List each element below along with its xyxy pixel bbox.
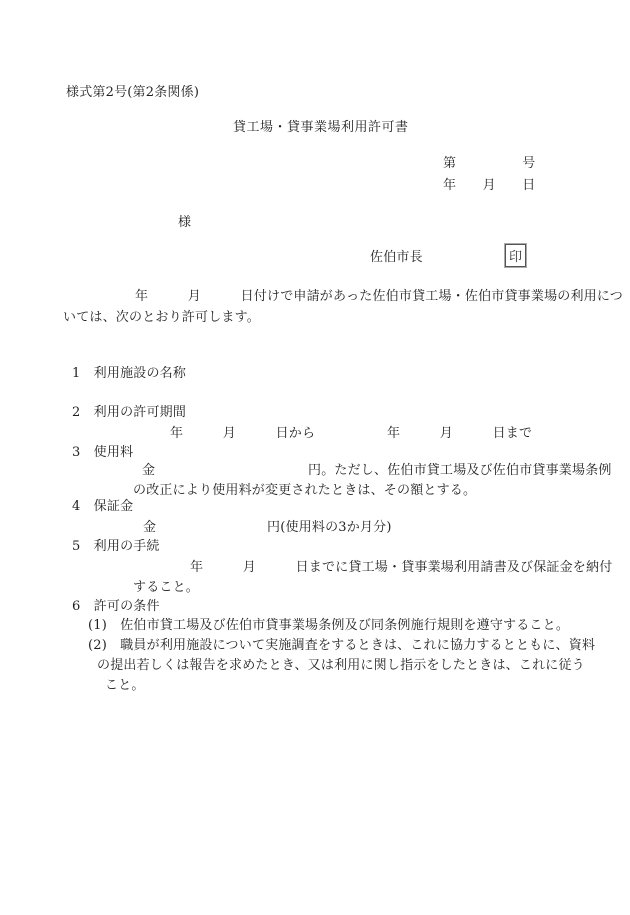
form-number: 様式第2号(第2条関係) xyxy=(66,86,199,101)
item-4-deposit: 4 保証金 xyxy=(72,500,133,515)
period-to-field: 年 月 日まで xyxy=(387,427,532,442)
issuer-name: 佐伯市長 xyxy=(370,251,423,266)
condition-2-line3: こと。 xyxy=(105,679,145,694)
item-3-usage-fee: 3 使用料 xyxy=(72,446,133,461)
item-2-permit-period: 2 利用の許可期間 xyxy=(72,406,186,421)
procedure-continuation: すること。 xyxy=(133,581,199,596)
body-paragraph-line2: いては、次のとおり許可します。 xyxy=(63,311,260,326)
fee-currency-label: 金 xyxy=(142,464,155,479)
condition-1: (1) 佐伯市貸工場及び佐伯市貸事業場条例及び同条例施行規則を遵守すること。 xyxy=(88,619,569,634)
fee-amount-tail: 円。ただし、佐伯市貸工場及び佐伯市貸事業場条例 xyxy=(308,464,612,479)
procedure-deadline-line: 年 月 日までに貸工場・貸事業場利用請書及び保証金を納付 xyxy=(190,561,612,576)
seal-character: 印 xyxy=(509,246,522,265)
period-from-field: 年 月 日から xyxy=(170,427,315,442)
addressee-honorific: 様 xyxy=(178,216,191,231)
deposit-currency-label: 金 xyxy=(143,521,156,536)
condition-2-line1: (2) 職員が利用施設について実施調査をするときは、これに協力するとともに、資料 xyxy=(88,639,595,654)
item-6-conditions: 6 許可の条件 xyxy=(72,600,160,615)
body-paragraph-line1: 年 月 日付けで申請があった佐伯市貸工場・佐伯市貸事業場の利用につ xyxy=(135,290,623,305)
item-5-procedure: 5 利用の手続 xyxy=(72,540,160,555)
permit-document-page: 様式第2号(第2条関係) 貸工場・貸事業場利用許可書 第 号 年 月 日 様 佐… xyxy=(0,0,630,915)
condition-2-line2: の提出若しくは報告を求めたとき、又は利用に関し指示をしたときは、これに従う xyxy=(97,659,585,674)
document-date-field: 年 月 日 xyxy=(443,179,535,194)
deposit-amount-tail: 円(使用料の3か月分) xyxy=(267,521,392,536)
fee-revision-clause: の改正により使用料が変更されたときは、その額とする。 xyxy=(133,484,476,499)
document-number-field: 第 号 xyxy=(443,157,535,172)
official-seal: 印 xyxy=(505,244,526,267)
item-1-facility-name: 1 利用施設の名称 xyxy=(72,367,186,382)
document-title: 貸工場・貸事業場利用許可書 xyxy=(233,121,409,136)
